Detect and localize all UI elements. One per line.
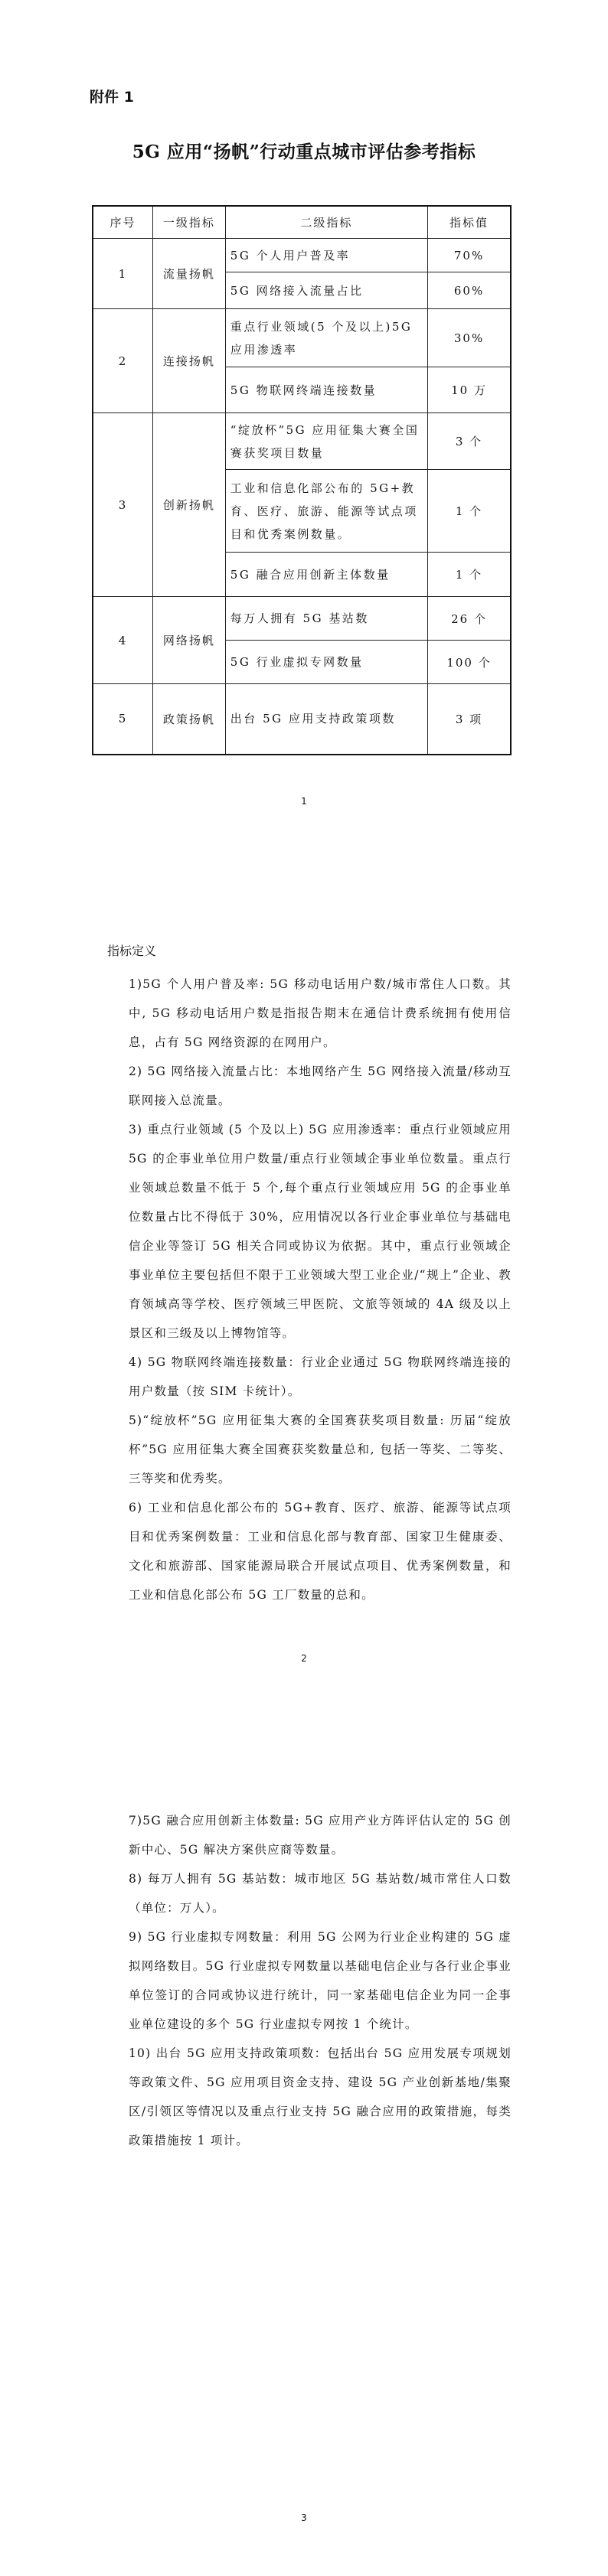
group-no: 5 <box>93 684 153 755</box>
secondary-indicator: 5G 网络接入流量占比 <box>225 272 427 309</box>
definition-item: 5)“绽放杯”5G 应用征集大赛的全国赛获奖项目数量: 历届“绽放杯”5G 应用… <box>129 1406 512 1493</box>
group-primary: 政策扬帆 <box>153 684 226 755</box>
group-primary: 创新扬帆 <box>153 413 226 597</box>
definition-item: 7)5G 融合应用创新主体数量: 5G 应用产业方阵评估认定的 5G 创新中心、… <box>129 1806 512 1864</box>
indicator-value: 70% <box>428 239 511 272</box>
secondary-indicator: 5G 个人用户普及率 <box>225 239 427 272</box>
indicator-value: 1 个 <box>428 553 511 597</box>
definition-item: 3) 重点行业领域 (5 个及以上) 5G 应用渗透率：重点行业领域应用 5G … <box>129 1115 512 1348</box>
secondary-indicator: 5G 融合应用创新主体数量 <box>225 553 427 597</box>
table-row: 5 政策扬帆 出台 5G 应用支持政策项数 3 项 <box>93 684 511 755</box>
group-primary: 连接扬帆 <box>153 309 226 413</box>
secondary-indicator: 5G 行业虚拟专网数量 <box>225 641 427 684</box>
indicator-value: 100 个 <box>428 641 511 684</box>
group-primary: 网络扬帆 <box>153 597 226 684</box>
table-row: 3 创新扬帆 “绽放杯”5G 应用征集大赛全国赛获奖项目数量 3 个 <box>93 413 511 470</box>
definition-item: 9) 5G 行业虚拟专网数量：利用 5G 公网为行业企业构建的 5G 虚拟网络数… <box>129 1922 512 2039</box>
secondary-indicator: 每万人拥有 5G 基站数 <box>225 597 427 641</box>
indicator-table: 序号 一级指标 二级指标 指标值 1 流量扬帆 5G 个人用户普及率 70% 5… <box>92 205 512 755</box>
indicator-value: 10 万 <box>428 367 511 413</box>
group-no: 4 <box>93 597 153 684</box>
header-primary: 一级指标 <box>153 206 226 239</box>
definition-item: 10) 出台 5G 应用支持政策项数：包括出台 5G 应用发展专项规划等政策文件… <box>129 2039 512 2155</box>
group-primary: 流量扬帆 <box>153 239 226 309</box>
definitions-list-page3: 7)5G 融合应用创新主体数量: 5G 应用产业方阵评估认定的 5G 创新中心、… <box>129 1806 512 2155</box>
definition-item: 8) 每万人拥有 5G 基站数：城市地区 5G 基站数/城市常住人口数（单位：万… <box>129 1864 512 1922</box>
secondary-indicator: 工业和信息化部公布的 5G+教育、医疗、旅游、能源等试点项目和优秀案例数量。 <box>225 470 427 553</box>
table-row: 1 流量扬帆 5G 个人用户普及率 70% <box>93 239 511 272</box>
header-no: 序号 <box>93 206 153 239</box>
secondary-indicator: 5G 物联网终端连接数量 <box>225 367 427 413</box>
attachment-label: 附件 1 <box>90 86 134 106</box>
header-value: 指标值 <box>428 206 511 239</box>
definition-item: 4) 5G 物联网终端连接数量：行业企业通过 5G 物联网终端连接的用户数量（按… <box>129 1348 512 1406</box>
indicator-value: 26 个 <box>428 597 511 641</box>
definition-item: 1)5G 个人用户普及率: 5G 移动电话用户数/城市常住人口数。其中, 5G … <box>129 970 512 1057</box>
definition-item: 2) 5G 网络接入流量占比：本地网络产生 5G 网络接入流量/移动互联网接入总… <box>129 1057 512 1115</box>
indicator-value: 60% <box>428 272 511 309</box>
secondary-indicator: 重点行业领域(5 个及以上)5G 应用渗透率 <box>225 309 427 367</box>
indicator-value: 1 个 <box>428 470 511 553</box>
definitions-list-page2: 1)5G 个人用户普及率: 5G 移动电话用户数/城市常住人口数。其中, 5G … <box>129 970 512 1609</box>
definition-item: 6) 工业和信息化部公布的 5G+教育、医疗、旅游、能源等试点项目和优秀案例数量… <box>129 1493 512 1609</box>
header-secondary: 二级指标 <box>225 206 427 239</box>
indicator-value: 30% <box>428 309 511 367</box>
indicator-value: 3 项 <box>428 684 511 755</box>
section-title: 指标定义 <box>107 941 156 959</box>
group-no: 2 <box>93 309 153 413</box>
secondary-indicator: 出台 5G 应用支持政策项数 <box>225 684 427 755</box>
page-number: 3 <box>0 2512 608 2523</box>
indicator-value: 3 个 <box>428 413 511 470</box>
secondary-indicator: “绽放杯”5G 应用征集大赛全国赛获奖项目数量 <box>225 413 427 470</box>
table-row: 2 连接扬帆 重点行业领域(5 个及以上)5G 应用渗透率 30% <box>93 309 511 367</box>
page-number: 2 <box>0 1653 608 1664</box>
document-title: 5G 应用“扬帆”行动重点城市评估参考指标 <box>0 138 608 163</box>
table-row: 4 网络扬帆 每万人拥有 5G 基站数 26 个 <box>93 597 511 641</box>
page-number: 1 <box>0 796 608 807</box>
group-no: 3 <box>93 413 153 597</box>
table-header-row: 序号 一级指标 二级指标 指标值 <box>93 206 511 239</box>
group-no: 1 <box>93 239 153 309</box>
